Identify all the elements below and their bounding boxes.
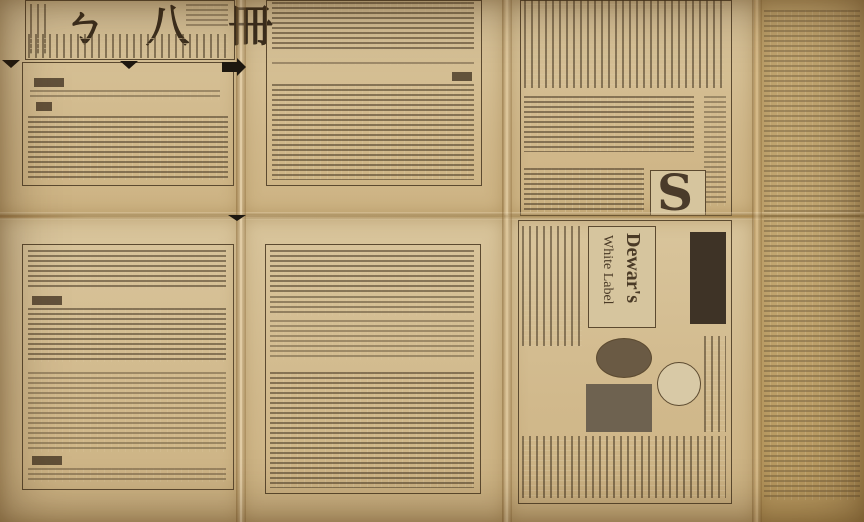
fr-body <box>764 10 860 500</box>
bm-body-2 <box>270 320 474 360</box>
bl-body-4 <box>28 468 226 482</box>
bm-headline-row <box>270 296 474 316</box>
bl-body-2 <box>28 308 226 362</box>
article-body <box>28 116 228 180</box>
br-bottom-table <box>522 436 726 498</box>
tr-schedule-grid <box>524 0 724 88</box>
newspaper-photo: ㄅ 八 冊 S Dewar's White Label <box>0 0 864 522</box>
tm-heading <box>452 72 472 81</box>
registration-arrow-icon <box>222 62 238 72</box>
dewars-product: White Label <box>599 235 615 305</box>
dark-photo-ad <box>690 232 726 324</box>
registration-mark-icon <box>228 215 246 221</box>
bl-heading-2 <box>32 456 62 465</box>
vertical-fold-left <box>236 0 246 522</box>
br-right-column <box>704 336 726 432</box>
tr-side-column <box>704 96 726 206</box>
illustration-ad <box>586 384 652 432</box>
vertical-fold-right <box>752 0 762 522</box>
bm-body-1 <box>270 250 474 294</box>
tm-body-2 <box>272 84 474 180</box>
bl-body-1 <box>28 250 226 290</box>
article-subheading <box>36 102 52 111</box>
tm-body-1 <box>272 2 474 50</box>
registration-mark-icon <box>2 60 20 68</box>
s-logo-ad: S <box>650 170 706 216</box>
bm-body-3 <box>270 372 474 488</box>
horizontal-fold <box>0 212 864 220</box>
dewars-brand: Dewar's <box>621 233 644 303</box>
masthead-info <box>186 4 228 26</box>
tr-body-2 <box>524 168 644 212</box>
br-left-column <box>522 226 582 346</box>
dewars-ad: Dewar's White Label <box>588 226 656 328</box>
tm-rule-line <box>272 62 474 65</box>
issue-table <box>28 34 228 58</box>
tr-body-1 <box>524 96 694 152</box>
oval-emblem-ad <box>596 338 652 378</box>
article-heading <box>34 78 64 87</box>
round-seal-ad <box>657 362 701 406</box>
vertical-fold-middle <box>502 0 512 522</box>
registration-mark-icon <box>120 61 138 69</box>
bl-body-3 <box>28 372 226 452</box>
bl-heading-1 <box>32 296 62 305</box>
article-lead <box>30 90 220 100</box>
